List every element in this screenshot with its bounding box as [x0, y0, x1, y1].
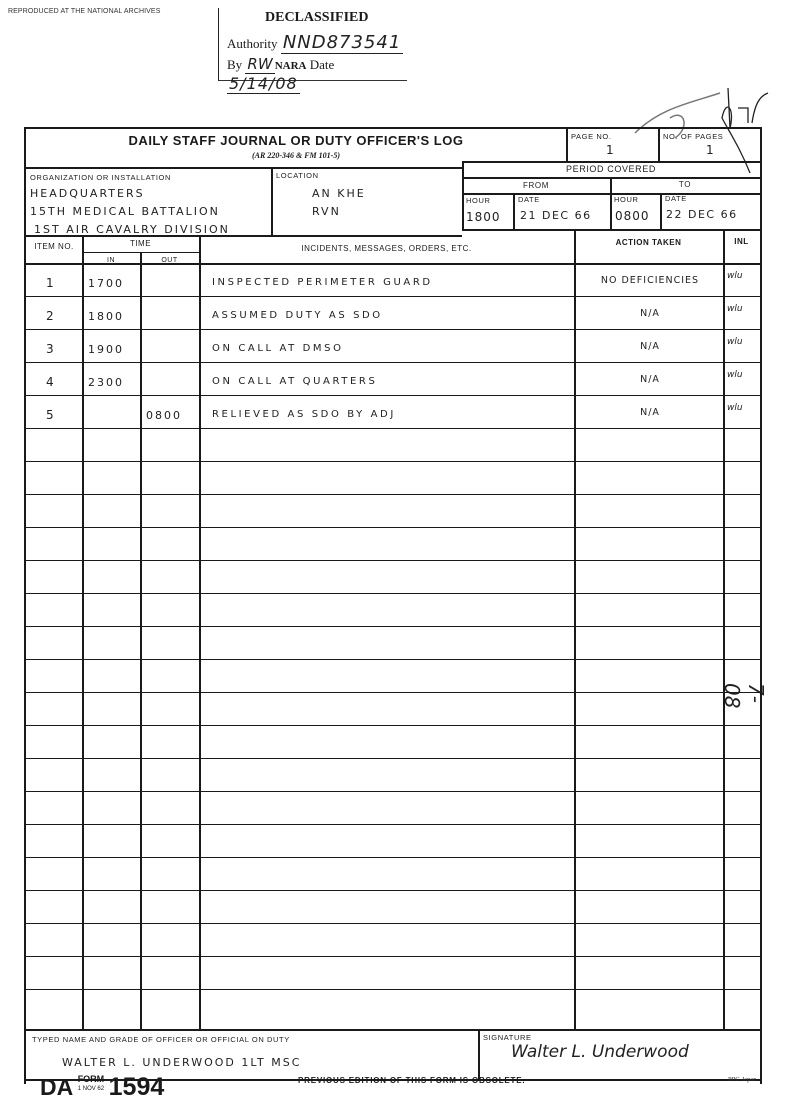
authority-label: Authority: [227, 36, 278, 51]
obsolete-note: PREVIOUS EDITION OF THIS FORM IS OBSOLET…: [298, 1076, 525, 1085]
da-label: DA: [40, 1074, 73, 1099]
authority-line: Authority NND873541: [227, 32, 403, 54]
declassified-title: DECLASSIFIED: [265, 10, 368, 26]
page-no-label: PAGE NO.: [571, 132, 612, 141]
time-in-cell: 1900: [88, 343, 124, 356]
from-label: FROM: [462, 181, 610, 190]
signature-label: SIGNATURE: [483, 1033, 532, 1042]
to-hour-value: 0800: [615, 209, 650, 223]
item-no-cell: 2: [46, 309, 56, 323]
by-line: By RWNARA Date 5/14/08: [227, 55, 407, 94]
date-label: Date: [310, 57, 335, 72]
table-row: 4 2300 On call at quarters N/A wlu: [26, 362, 760, 395]
table-row: 1 1700 Inspected Perimeter Guard No Defi…: [26, 263, 760, 296]
form-number: 1594: [109, 1073, 165, 1099]
time-out-cell: 0800: [146, 409, 182, 422]
by-value: RW: [245, 55, 274, 74]
to-label: TO: [610, 180, 760, 189]
form-label: FORM1 NOV 62: [78, 1075, 105, 1093]
form-title: DAILY STAFF JOURNAL OR DUTY OFFICER'S LO…: [26, 133, 566, 148]
organization-line-2: 15TH MEDICAL BATTALION: [30, 205, 220, 218]
to-hour-label: HOUR: [614, 195, 638, 204]
initials-cell: wlu: [727, 304, 743, 314]
action-taken-cell: N/A: [577, 341, 723, 352]
action-taken-cell: N/A: [577, 407, 723, 418]
from-date-label: DATE: [518, 195, 540, 204]
nara-label: NARA: [275, 60, 307, 72]
no-of-pages-value: 1: [706, 143, 716, 157]
typed-name-value: WALTER L. UNDERWOOD 1LT MSC: [62, 1056, 301, 1069]
printer-note: PPC-Japan: [728, 1076, 757, 1083]
initials-cell: wlu: [727, 271, 743, 281]
typed-name-label: TYPED NAME AND GRADE OF OFFICER OR OFFIC…: [32, 1035, 290, 1044]
table-row: 3 1900 On call at DMSO N/A wlu: [26, 329, 760, 362]
to-date-label: DATE: [665, 194, 687, 203]
to-date-value: 22 DEC 66: [666, 208, 738, 221]
from-date-value: 21 DEC 66: [520, 209, 592, 222]
incidents-header: INCIDENTS, MESSAGES, ORDERS, ETC.: [199, 244, 574, 253]
location-line-1: AN KHE: [312, 187, 366, 200]
incident-cell: On call at quarters: [212, 376, 377, 387]
period-covered-label: PERIOD COVERED: [462, 164, 760, 174]
initials-cell: wlu: [727, 370, 743, 380]
form-subtitle: (AR 220-346 & FM 101-5): [26, 151, 566, 160]
action-taken-cell: N/A: [577, 374, 723, 385]
item-no-cell: 1: [46, 276, 56, 290]
action-taken-header: ACTION TAKEN: [574, 238, 723, 247]
time-in-cell: 2300: [88, 376, 124, 389]
from-hour-label: HOUR: [466, 196, 490, 205]
time-header: TIME: [82, 239, 199, 248]
organization-line-1: HEADQUARTERS: [30, 187, 145, 200]
location-line-2: RVN: [312, 205, 341, 218]
action-taken-cell: No Deficiencies: [577, 275, 723, 286]
location-label: LOCATION: [276, 171, 319, 180]
incident-cell: Inspected Perimeter Guard: [212, 277, 433, 288]
archives-note: REPRODUCED AT THE NATIONAL ARCHIVES: [8, 8, 160, 15]
item-no-header: ITEM NO.: [26, 242, 82, 252]
incident-cell: On call at DMSO: [212, 343, 344, 354]
item-no-cell: 5: [46, 408, 56, 422]
authority-value: NND873541: [281, 32, 404, 54]
action-taken-cell: N/A: [577, 308, 723, 319]
initials-cell: wlu: [727, 403, 743, 413]
by-label: By: [227, 57, 242, 72]
time-in-cell: 1800: [88, 310, 124, 323]
initials-cell: wlu: [727, 337, 743, 347]
form-identifier: DA FORM1 NOV 62 1594: [40, 1073, 164, 1099]
incident-cell: Assumed duty as SDO: [212, 310, 383, 321]
date-value: 5/14/08: [227, 74, 300, 94]
incident-cell: Relieved as SDO by ADJ: [212, 409, 396, 420]
signature-value: Walter L. Underwood: [511, 1042, 689, 1062]
table-row: 5 0800 Relieved as SDO by ADJ N/A wlu: [26, 395, 760, 428]
duty-officer-log-form: DAILY STAFF JOURNAL OR DUTY OFFICER'S LO…: [24, 127, 762, 1084]
inl-header: INL: [723, 237, 760, 246]
organization-label: ORGANIZATION OR INSTALLATION: [30, 173, 171, 182]
page-no-value: 1: [606, 143, 616, 157]
table-row: 2 1800 Assumed duty as SDO N/A wlu: [26, 296, 760, 329]
declassified-stamp: DECLASSIFIED Authority NND873541 By RWNA…: [218, 8, 407, 81]
from-hour-value: 1800: [466, 210, 501, 224]
time-in-cell: 1700: [88, 277, 124, 290]
item-no-cell: 3: [46, 342, 56, 356]
no-of-pages-label: NO. OF PAGES: [663, 132, 723, 141]
item-no-cell: 4: [46, 375, 56, 389]
